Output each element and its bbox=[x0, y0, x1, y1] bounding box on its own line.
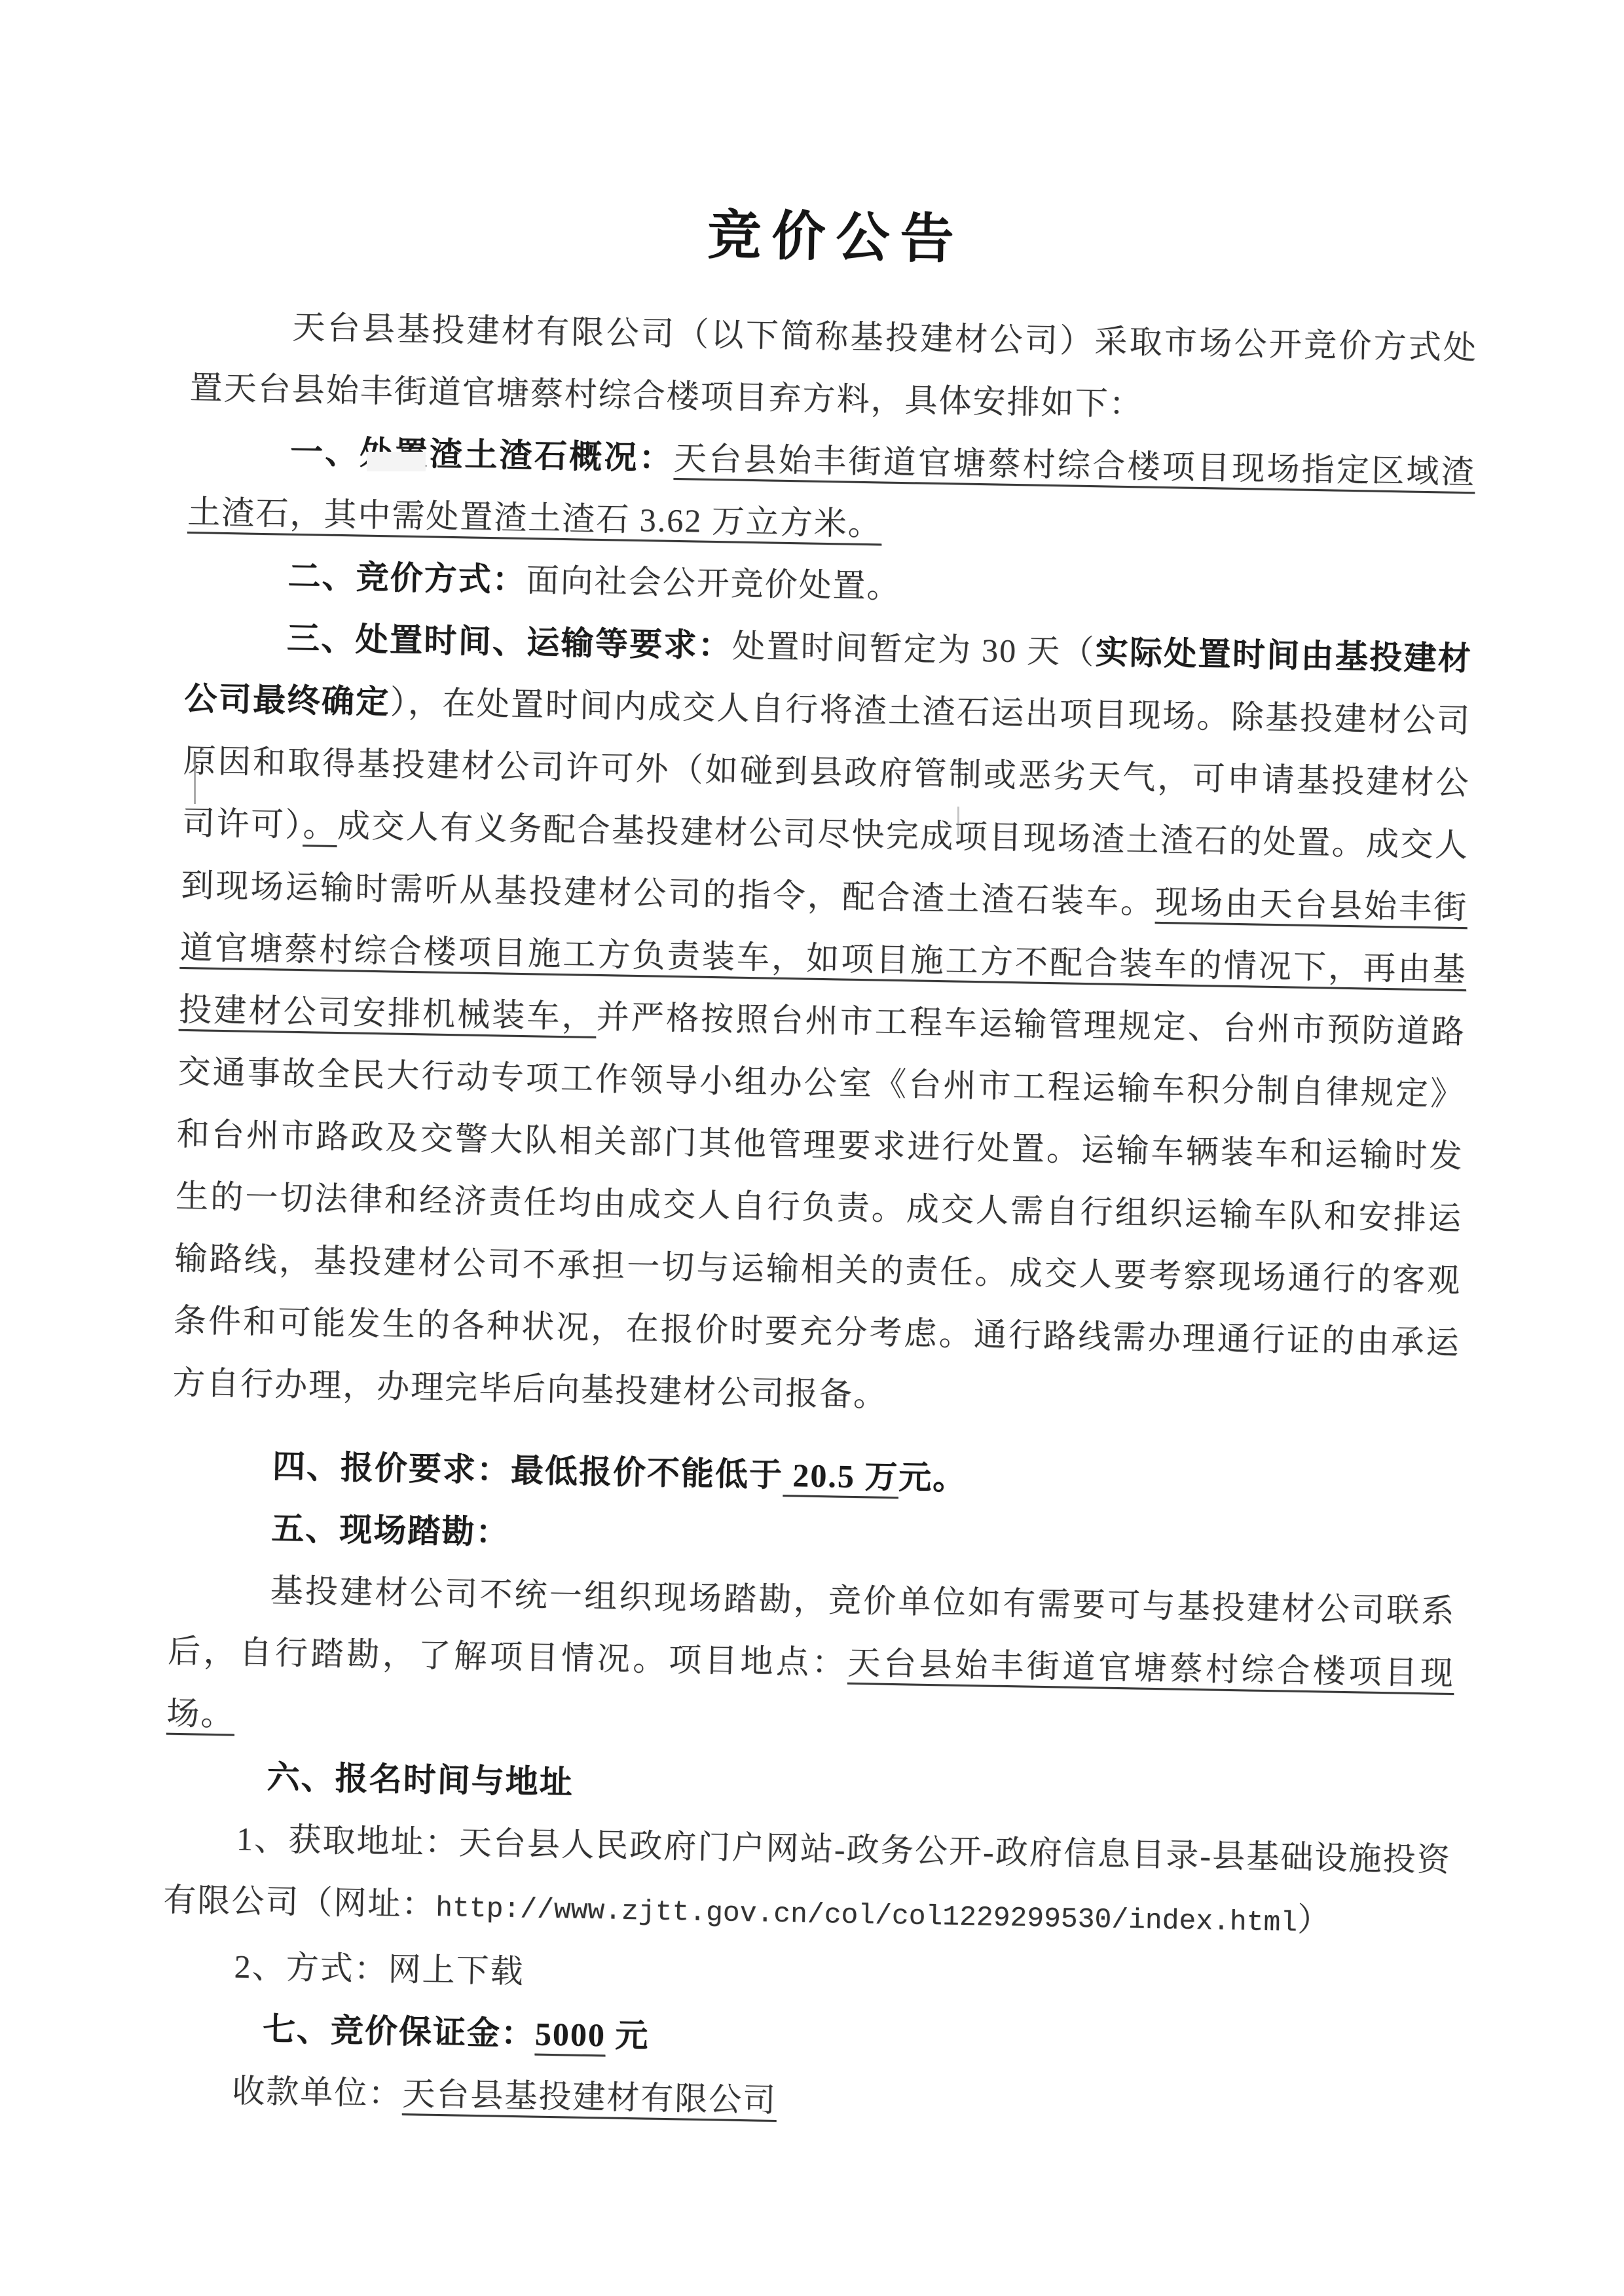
intro-paragraph: 天台县基投建材有限公司（以下简称基投建材公司）采取市场公开竞价方式处置天台县始丰… bbox=[189, 295, 1478, 441]
section-6-heading: 六、报名时间与地址 bbox=[267, 1758, 574, 1800]
section-3-text-1: 处置时间暂定为 30 天（ bbox=[732, 627, 1096, 670]
scan-artifact-vertical-tick-middle bbox=[957, 807, 959, 838]
section-2-heading: 二、竞价方式： bbox=[287, 558, 526, 598]
section-5-heading: 五、现场踏勘： bbox=[271, 1510, 510, 1550]
section-5-site-survey-paragraph: 基投建材公司不统一组织现场踏勘，竞价单位如有需要可与基投建材公司联系后，自行踏勘… bbox=[166, 1558, 1456, 1767]
section-4-underlined-price: 20.5 万 bbox=[783, 1457, 898, 1495]
section-1-disposal-overview: 一、处置渣土渣石概况：天台县始丰街道官塘蔡村综合楼项目现场指定区域渣土渣石，其中… bbox=[187, 419, 1476, 566]
payee-underlined-name: 天台县基投建材有限公司 bbox=[402, 2075, 777, 2119]
intro-text: 天台县基投建材有限公司（以下简称基投建材公司）采取市场公开竞价方式处置天台县始丰… bbox=[189, 309, 1477, 423]
scanned-document-page: 竞价公告 天台县基投建材有限公司（以下简称基投建材公司）采取市场公开竞价方式处置… bbox=[0, 0, 1624, 2296]
section-6-item-1-url: http://www.zjtt.gov.cn/col/col1229299530… bbox=[435, 1892, 1298, 1939]
section-2-text: 面向社会公开竞价处置。 bbox=[526, 562, 901, 605]
section-7-suffix: 元 bbox=[605, 2016, 649, 2054]
document-content: 竞价公告 天台县基投建材有限公司（以下简称基投建材公司）采取市场公开竞价方式处置… bbox=[160, 190, 1480, 2143]
section-3-heading: 三、处置时间、运输等要求： bbox=[287, 620, 733, 665]
section-3-text-4: 并严格按照台州市工程车运输管理规定、台州市预防道路交通事故全民大行动专项工作领导… bbox=[172, 998, 1466, 1413]
section-4-bold-tail: 元。 bbox=[898, 1459, 967, 1497]
payee-label: 收款单位： bbox=[232, 2072, 403, 2112]
section-6-item-2-text: 2、方式：网上下载 bbox=[234, 1948, 525, 1990]
section-4-heading: 四、报价要求： bbox=[272, 1448, 511, 1488]
scan-artifact-vertical-tick-left bbox=[194, 753, 196, 804]
section-7-heading: 七、竞价保证金： bbox=[262, 2011, 535, 2052]
section-7-underlined-amount: 5000 bbox=[534, 2016, 606, 2054]
section-3-disposal-time-transport: 三、处置时间、运输等要求：处置时间暂定为 30 天（实际处置时间由基投建材公司最… bbox=[172, 606, 1472, 1436]
section-6-item-1-close-paren: ） bbox=[1297, 1901, 1332, 1939]
section-6-item-1: 1、获取地址：天台县人民政府门户网站-政务公开-政府信息目录-县基础设施投资有限… bbox=[162, 1807, 1451, 1957]
section-6-item-1-label: 1、获取地址： bbox=[236, 1821, 460, 1861]
section-3-underlined-period: 。 bbox=[303, 807, 337, 844]
section-4-bold-text: 最低报价不能低于 bbox=[510, 1452, 783, 1493]
section-1-heading: 一、处置渣土渣石概况： bbox=[290, 433, 674, 477]
document-title: 竞价公告 bbox=[192, 190, 1480, 285]
scan-artifact-smudge bbox=[367, 452, 426, 471]
